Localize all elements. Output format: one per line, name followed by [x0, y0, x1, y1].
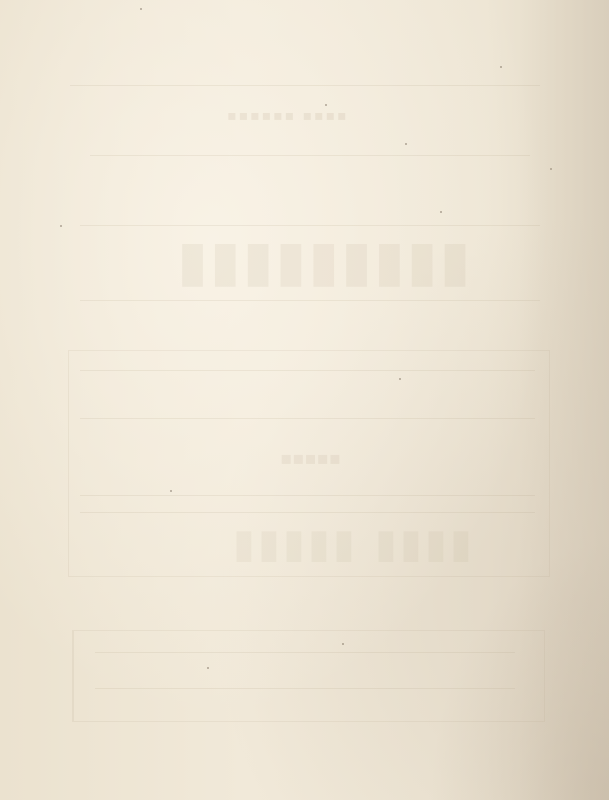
show-through-rule: [80, 418, 535, 419]
show-through-small-word: ▪▪▪▪▪: [280, 448, 341, 469]
paper-speck: [60, 225, 62, 227]
show-through-rule: [90, 155, 530, 156]
paper-speck: [405, 143, 407, 145]
paper-page: ​▪▪▪▪ ▪▪▪▪▪▪ ▮▮▮▮▮▮▮▮▮ ▪▪▪▪▪ ▮▮▮▮ ▮▮▮▮▮: [0, 0, 609, 800]
paper-speck: [207, 667, 209, 669]
show-through-rule: [70, 85, 540, 86]
paper-speck: [140, 8, 142, 10]
show-through-rule: [80, 512, 535, 513]
show-through-arc-heading: ​▪▪▪▪ ▪▪▪▪▪▪: [225, 108, 346, 124]
show-through-rule: [80, 300, 540, 301]
paper-speck: [342, 643, 344, 645]
show-through-title-word: ▮▮▮▮▮▮▮▮▮: [175, 228, 470, 294]
show-through-rule: [80, 495, 535, 496]
show-through-rule: [80, 225, 540, 226]
paper-speck: [440, 211, 442, 213]
scan-corner-shadow: [429, 540, 609, 800]
paper-speck: [170, 490, 172, 492]
paper-speck: [500, 66, 502, 68]
paper-speck: [325, 104, 327, 106]
show-through-rule: [80, 370, 535, 371]
paper-speck: [399, 378, 401, 380]
